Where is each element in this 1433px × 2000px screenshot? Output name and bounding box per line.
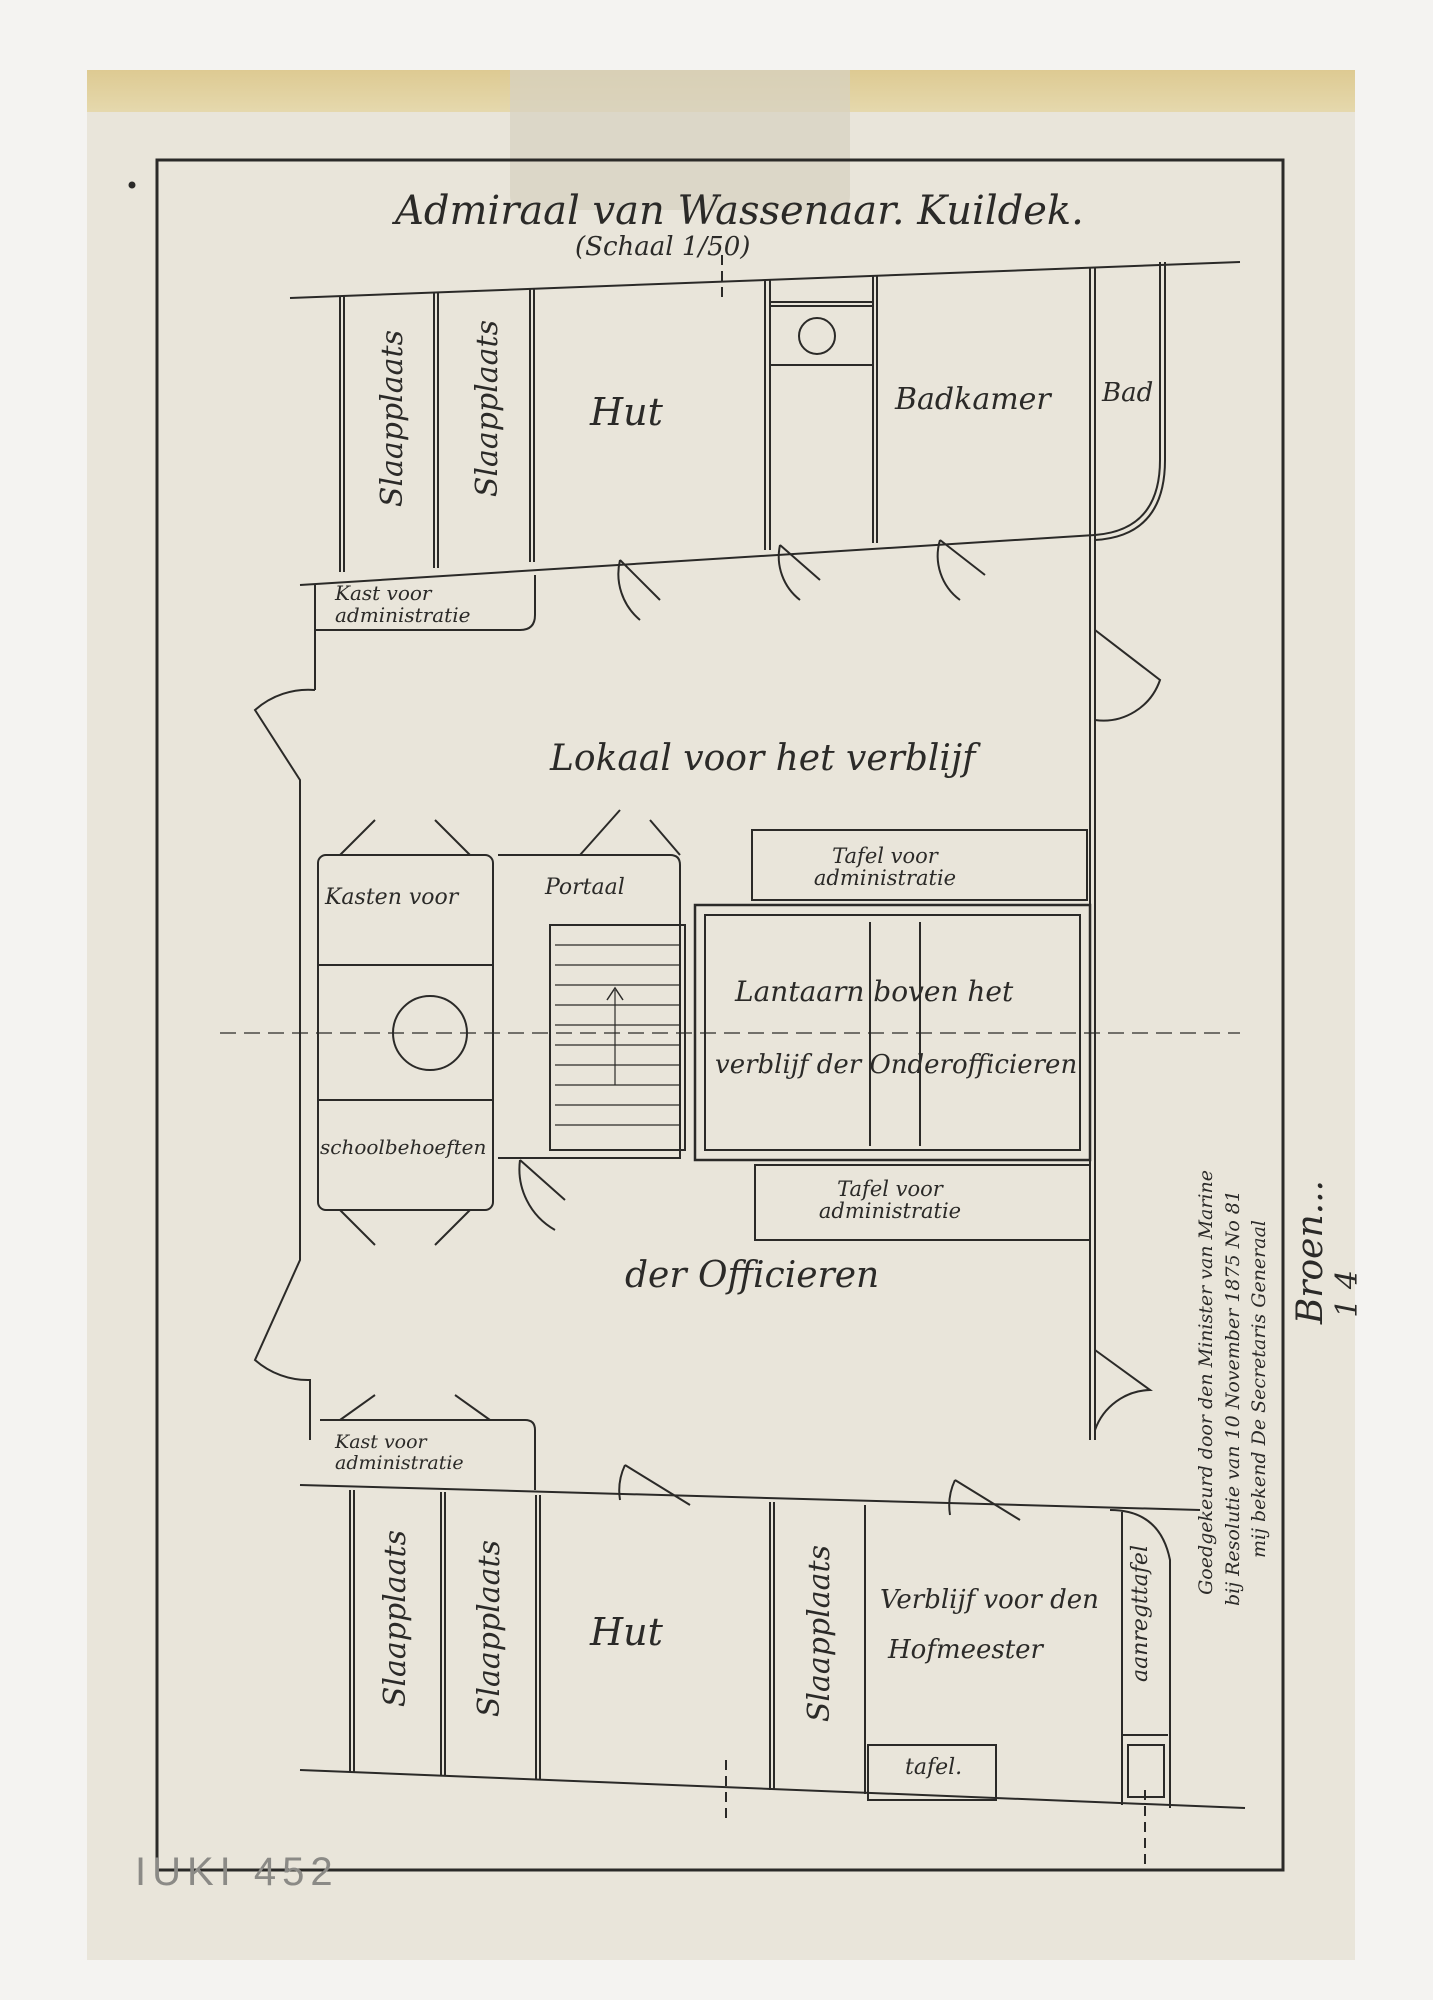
room-lokaal-line2: der Officieren (625, 1255, 879, 1296)
skylight-line2: verblijf der Onderofficieren (715, 1050, 1077, 1080)
archive-mark: IUKI 452 (135, 1850, 339, 1895)
table-bottom-label: Tafel voor administratie (805, 1178, 975, 1222)
plan-scale: (Schaal 1/50) (575, 232, 750, 262)
room-kasten-line1: Kasten voor (325, 885, 458, 910)
room-hofmeester-line2: Hofmeester (888, 1635, 1043, 1665)
room-kasten-line2: schoolbehoeften (320, 1135, 486, 1159)
room-lokaal-line1: Lokaal voor het verblijf (550, 738, 975, 779)
room-slaapplaats-top-1: Slaapplaats (375, 330, 410, 507)
room-slaapplaats-top-2: Slaapplaats (470, 320, 505, 497)
approval-line2: bij Resolutie van 10 November 1875 No 81 (1222, 1190, 1244, 1606)
skylight-line1: Lantaarn boven het (735, 975, 1013, 1008)
room-kast-top: Kast voor administratie (335, 582, 525, 626)
signature-initials: 1 4 (1330, 1270, 1365, 1318)
floor-plan-drawing (0, 0, 1433, 2000)
room-portaal: Portaal (545, 875, 625, 900)
approval-line1: Goedgekeurd door den Minister van Marine (1195, 1170, 1217, 1595)
frame-border (157, 160, 1283, 1870)
approval-line3: mij bekend De Secretaris Generaal (1248, 1220, 1270, 1558)
room-hut-bottom: Hut (590, 1610, 663, 1654)
signature: Broen... (1290, 1180, 1331, 1324)
room-hut-top: Hut (590, 390, 663, 434)
room-slaapplaats-bottom-2: Slaapplaats (472, 1540, 507, 1717)
table-label: tafel. (905, 1755, 962, 1780)
table-top-label: Tafel voor administratie (800, 845, 970, 889)
room-bad: Bad (1102, 378, 1153, 408)
room-slaapplaats-bottom-1: Slaapplaats (378, 1530, 413, 1707)
room-kast-bottom: Kast voor administratie (335, 1432, 525, 1474)
room-slaapplaats-bottom-3: Slaapplaats (802, 1545, 837, 1722)
room-badkamer: Badkamer (895, 382, 1051, 417)
plan-title: Admiraal van Wassenaar. Kuildek. (395, 188, 1084, 234)
serving-table-label: aanregttafel (1128, 1545, 1153, 1682)
room-hofmeester-line1: Verblijf voor den (880, 1585, 1099, 1615)
